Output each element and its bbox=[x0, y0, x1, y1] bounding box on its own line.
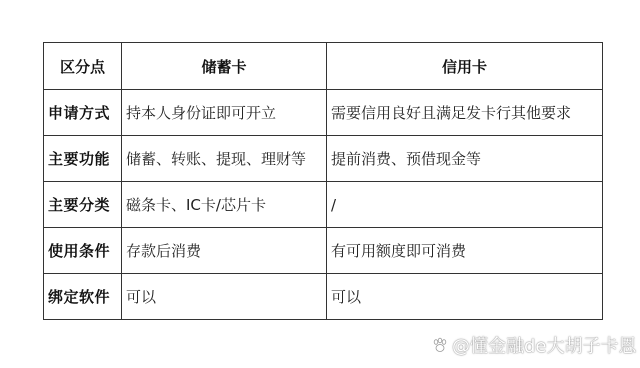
table-row: 主要分类 磁条卡、IC卡/芯片卡 / bbox=[44, 182, 603, 228]
header-credit-card: 信用卡 bbox=[327, 43, 603, 90]
credit-cell: / bbox=[327, 182, 603, 228]
table-row: 使用条件 存款后消费 有可用额度即可消费 bbox=[44, 228, 603, 274]
header-debit-card: 储蓄卡 bbox=[122, 43, 327, 90]
paw-icon bbox=[432, 337, 448, 353]
credit-cell: 提前消费、预借现金等 bbox=[327, 136, 603, 182]
debit-cell: 持本人身份证即可开立 bbox=[122, 90, 327, 136]
row-label: 主要功能 bbox=[44, 136, 122, 182]
table-row: 申请方式 持本人身份证即可开立 需要信用良好且满足发卡行其他要求 bbox=[44, 90, 603, 136]
header-criteria: 区分点 bbox=[44, 43, 122, 90]
credit-cell: 有可用额度即可消费 bbox=[327, 228, 603, 274]
debit-cell: 存款后消费 bbox=[122, 228, 327, 274]
watermark: @懂金融de大胡子卡恩 bbox=[432, 332, 637, 358]
row-label: 主要分类 bbox=[44, 182, 122, 228]
watermark-text: @懂金融de大胡子卡恩 bbox=[452, 332, 637, 358]
table-row: 绑定软件 可以 可以 bbox=[44, 274, 603, 320]
debit-cell: 储蓄、转账、提现、理财等 bbox=[122, 136, 327, 182]
comparison-table: 区分点 储蓄卡 信用卡 申请方式 持本人身份证即可开立 需要信用良好且满足发卡行… bbox=[43, 42, 603, 320]
row-label: 申请方式 bbox=[44, 90, 122, 136]
table-header-row: 区分点 储蓄卡 信用卡 bbox=[44, 43, 603, 90]
row-label: 使用条件 bbox=[44, 228, 122, 274]
debit-cell: 磁条卡、IC卡/芯片卡 bbox=[122, 182, 327, 228]
credit-cell: 需要信用良好且满足发卡行其他要求 bbox=[327, 90, 603, 136]
row-label: 绑定软件 bbox=[44, 274, 122, 320]
table-row: 主要功能 储蓄、转账、提现、理财等 提前消费、预借现金等 bbox=[44, 136, 603, 182]
debit-cell: 可以 bbox=[122, 274, 327, 320]
credit-cell: 可以 bbox=[327, 274, 603, 320]
